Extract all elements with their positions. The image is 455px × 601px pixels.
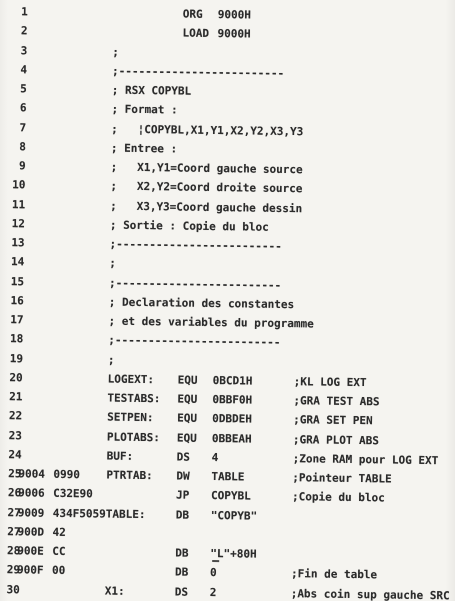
mnemonic: DW [176, 470, 189, 484]
mnemonic: EQU [177, 393, 197, 407]
comment-text: ;------------------------- [109, 238, 281, 254]
line-number: 19 [0, 351, 23, 365]
line-number: 23 [0, 428, 22, 442]
label: PTRTAB: [106, 469, 153, 484]
address: 900E [17, 544, 44, 558]
line-number: 13 [0, 236, 25, 250]
comment-text: ; ¦COPYBL,X1,Y1,X2,Y2,X3,Y3 [111, 122, 303, 139]
operand: 0BBEAH [212, 432, 252, 447]
line-number: 7 [0, 120, 26, 134]
line-number: 5 [0, 82, 27, 96]
operand: "COPYB" [211, 508, 258, 523]
line-number: 11 [0, 197, 25, 211]
line-number: 2 [0, 24, 28, 38]
operand: 0 [210, 566, 217, 580]
operand: TABLE [211, 470, 244, 484]
operand: 4 [212, 451, 219, 465]
operand: 0BCD1H [213, 374, 253, 389]
comment-text: ;Pointeur TABLE [292, 471, 392, 486]
mnemonic: EQU [177, 412, 197, 426]
object-bytes: 0990 [53, 468, 80, 482]
object-bytes: C32E90 [53, 487, 93, 502]
line-number: 12 [0, 217, 25, 231]
comment-text: ;KL LOG EXT [294, 375, 367, 390]
operand: COPYBL [211, 489, 251, 504]
label: LOGEXT: [108, 372, 155, 387]
line-number: 30 [0, 582, 20, 596]
comment-text: ;------------------------- [108, 334, 280, 350]
address: 9004 [18, 467, 45, 481]
comment-text: ; Format : [111, 103, 177, 118]
line-number: 6 [0, 101, 27, 115]
code-listing: 1ORG9000H2LOAD9000H3;4;-----------------… [0, 0, 455, 601]
comment-text: ; Entree : [111, 141, 177, 156]
comment-text: ; RSX COPYBL [112, 84, 192, 99]
comment-text: ;------------------------- [112, 64, 284, 80]
label: X1: [105, 584, 125, 598]
comment-text: ;GRA SET PEN [293, 413, 373, 428]
operand: 2 [210, 585, 217, 599]
comment-text: ; [109, 257, 116, 271]
line-number: 24 [0, 448, 22, 462]
object-bytes: CC [52, 545, 65, 559]
line-number: 4 [0, 63, 27, 77]
line-number: 21 [0, 390, 23, 404]
object-bytes: 42 [52, 526, 65, 540]
operand: "L"+80H [210, 547, 257, 562]
line-number: 16 [0, 294, 24, 308]
line-number: 8 [0, 140, 26, 154]
comment-text: ; X1,Y1=Coord gauche source [111, 161, 303, 178]
comment-text: ; X2,Y2=Coord droite source [110, 180, 302, 197]
address: 9006 [18, 487, 45, 501]
comment-text: ;------------------------- [109, 276, 281, 292]
label: SETPEN: [107, 411, 154, 426]
label: PLOTABS: [107, 430, 160, 445]
comment-text: ; [112, 45, 119, 59]
comment-text: ;Fin de table [291, 567, 377, 582]
address: 900F [17, 564, 44, 578]
label: TABLE: [106, 507, 146, 522]
comment-text: ;Zone RAM pour LOG EXT [293, 452, 439, 468]
label: TESTABS: [107, 392, 160, 407]
object-bytes: 434F5059 [53, 506, 106, 521]
operand: 9000H [218, 8, 251, 22]
operand: 0BBF0H [212, 393, 252, 408]
line-number: 15 [0, 274, 24, 288]
line-number: 9 [0, 159, 26, 173]
object-bytes: 00 [52, 564, 65, 578]
line-number: 20 [0, 371, 23, 385]
line-number: 22 [0, 409, 22, 423]
mnemonic: DS [177, 450, 190, 464]
operand: 9000H [217, 27, 250, 41]
comment-text: ;GRA TEST ABS [293, 394, 379, 409]
line-number: 1 [0, 5, 28, 19]
comment-text: ; et des variables du programme [108, 315, 313, 332]
operand: 0DBDEH [212, 412, 252, 427]
comment-text: ; Declaration des constantes [109, 295, 295, 312]
mnemonic: JP [176, 489, 189, 503]
mnemonic: DB [175, 566, 188, 580]
line-number: 14 [0, 255, 24, 269]
address: 9009 [18, 506, 45, 520]
comment-text: ; Sortie : Copie du bloc [110, 218, 269, 234]
comment-text: ;Copie du bloc [292, 490, 385, 505]
line-number: 3 [0, 43, 27, 57]
mnemonic: LOAD [182, 27, 209, 41]
mnemonic: DS [175, 585, 188, 599]
line-number: 17 [0, 313, 24, 327]
scanned-assembly-listing-page: 1ORG9000H2LOAD9000H3;4;-----------------… [0, 0, 455, 601]
address: 900D [17, 525, 44, 539]
label: BUF: [107, 449, 134, 463]
comment-text: ;Abs coin sup gauche SRC [291, 587, 450, 601]
comment-text: ; [108, 353, 115, 367]
comment-text: ;GRA PLOT ABS [293, 433, 379, 448]
mnemonic: DB [176, 508, 189, 522]
mnemonic: DB [175, 547, 188, 561]
mnemonic: EQU [178, 373, 198, 387]
mnemonic: EQU [177, 431, 197, 445]
comment-text: ; X3,Y3=Coord gauche dessin [110, 199, 302, 216]
mnemonic: ORG [183, 8, 203, 22]
line-number: 18 [0, 332, 23, 346]
line-number: 10 [0, 178, 26, 192]
